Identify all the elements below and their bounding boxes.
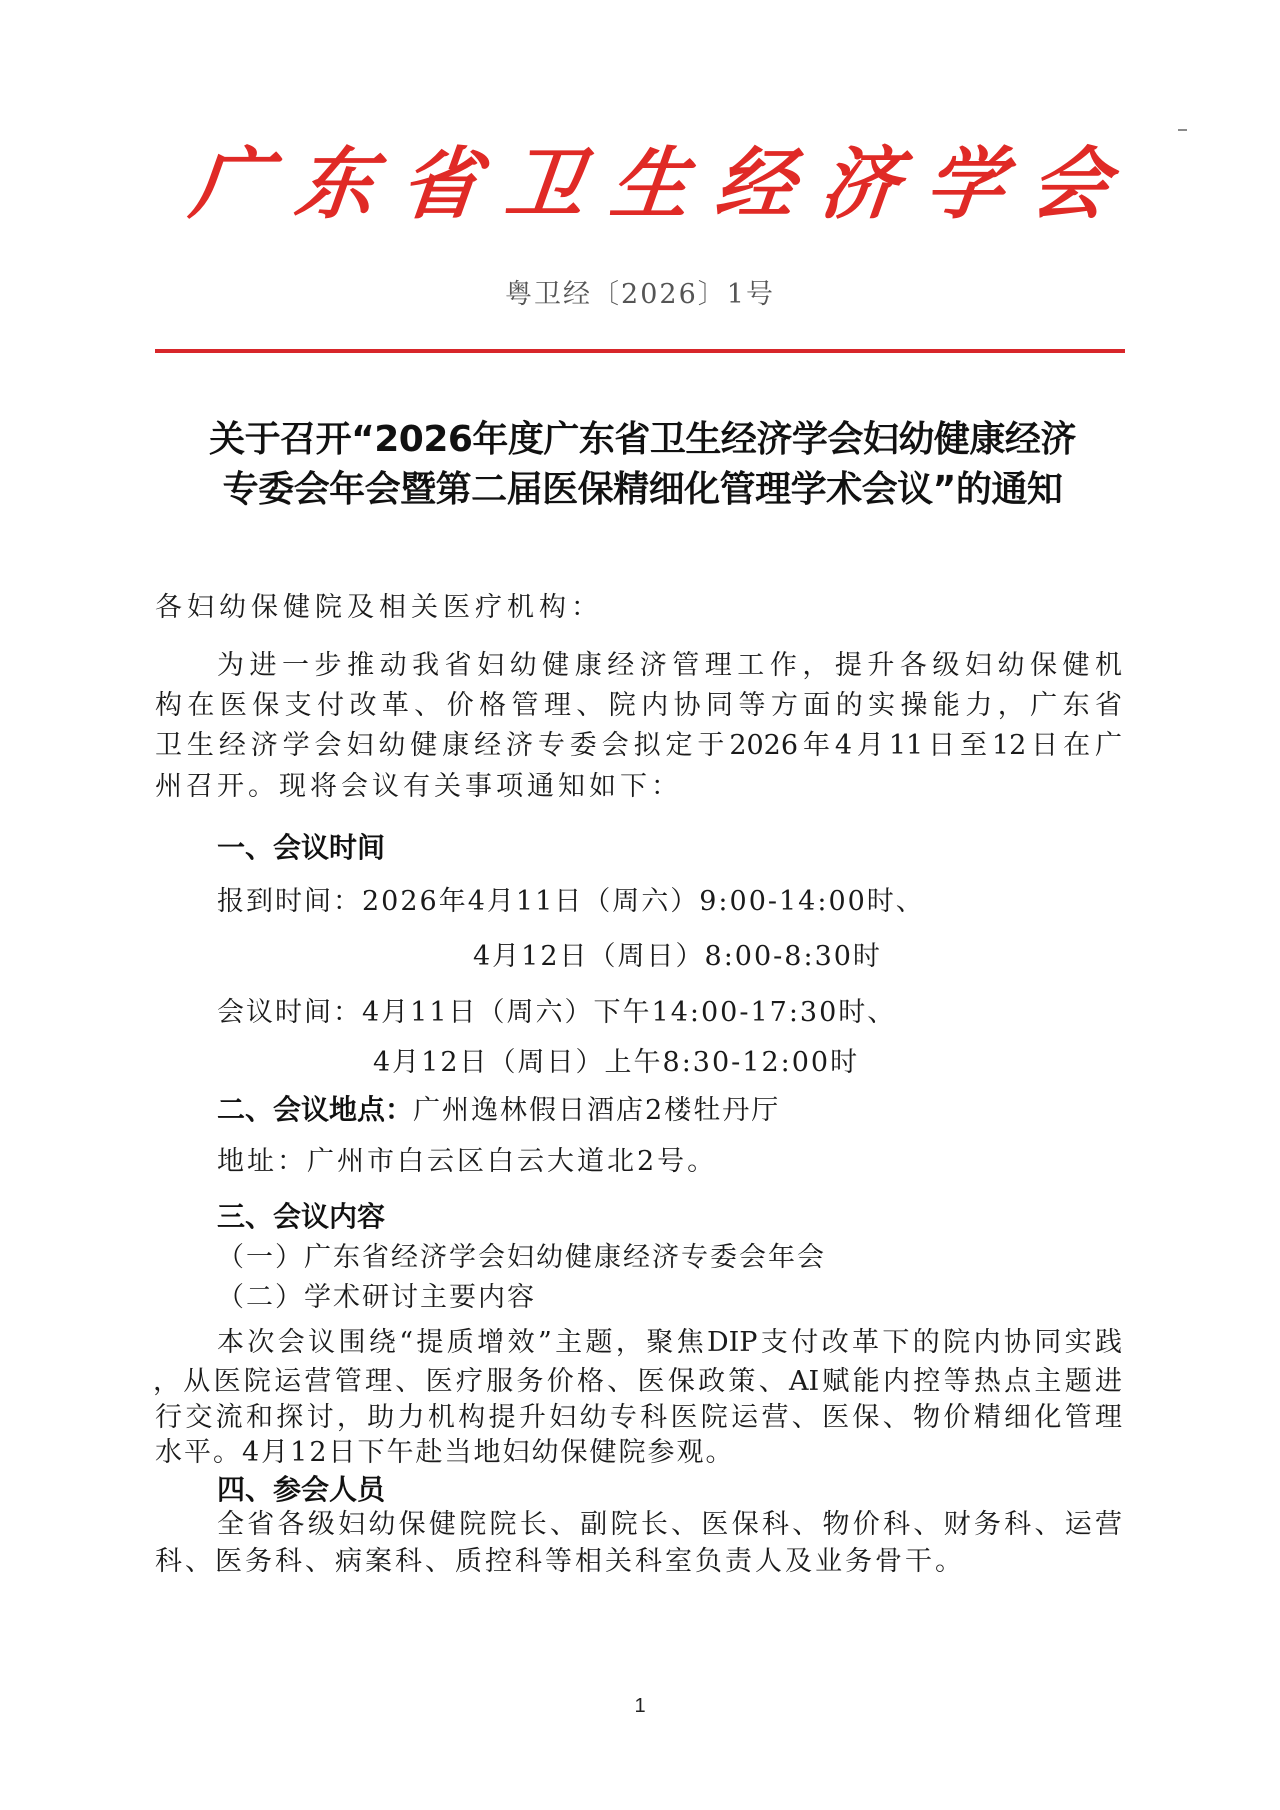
letterhead-char: 生 xyxy=(606,146,694,224)
content-line: 水平。4月12日下午赴当地妇幼保健院参观。 xyxy=(155,1435,735,1471)
intro-line: 构在医保支付改革、价格管理、院内协同等方面的实操能力，广东省 xyxy=(155,688,1122,724)
document-number: 粤卫经〔2026〕1号 xyxy=(0,272,1280,311)
letterhead-char: 东 xyxy=(291,146,379,224)
meeting-time-line-1: 会议时间：4月11日（周六）下午14:00-17:30时、 xyxy=(217,995,896,1031)
document-title-line-1: 关于召开“2026年度广东省卫生经济学会妇幼健康经济 xyxy=(170,415,1115,465)
registration-time-line-1: 报到时间：2026年4月11日（周六）9:00-14:00时、 xyxy=(217,884,925,920)
document-title-line-2: 专委会年会暨第二届医保精细化管理学术会议”的通知 xyxy=(170,465,1115,515)
letterhead-char: 省 xyxy=(396,146,484,224)
red-divider xyxy=(155,349,1125,353)
salutation: 各妇幼保健院及相关医疗机构： xyxy=(155,590,603,626)
letterhead-char: 会 xyxy=(1026,146,1114,224)
letterhead-char: 经 xyxy=(711,146,799,224)
content-line: ，从医院运营管理、医疗服务价格、医保政策、AI赋能内控等热点主题进 xyxy=(153,1364,1122,1400)
registration-value: 2026年4月11日（周六）9:00-14:00时、 xyxy=(362,886,925,917)
attendees-line: 全省各级妇幼保健院院长、副院长、医保科、物价科、财务科、运营 xyxy=(217,1507,1122,1543)
meeting-time-line-2: 4月12日（周日）上午8:30-12:00时 xyxy=(373,1045,859,1081)
intro-line: 卫生经济学会妇幼健康经济专委会拟定于2026年4月11日至12日在广 xyxy=(155,728,1122,764)
letterhead-char: 广 xyxy=(186,146,274,224)
section-heading-time: 一、会议时间 xyxy=(217,830,385,866)
venue-value: 广州逸林假日酒店2楼牡丹厅 xyxy=(413,1095,780,1126)
registration-time-line-2: 4月12日（周日）8:00-8:30时 xyxy=(473,939,882,975)
section-heading-venue: 二、会议地点： xyxy=(217,1093,413,1126)
letterhead-char: 学 xyxy=(921,146,1009,224)
registration-label: 报到时间： xyxy=(217,886,362,917)
intro-line: 为进一步推动我省妇幼健康经济管理工作，提升各级妇幼保健机 xyxy=(217,648,1122,684)
attendees-line: 科、医务科、病案科、质控科等相关科室负责人及业务骨干。 xyxy=(155,1544,965,1580)
venue-address: 地址：广州市白云区白云大道北2号。 xyxy=(217,1144,717,1180)
content-item-2: （二）学术研讨主要内容 xyxy=(217,1280,536,1316)
section-heading-attendees: 四、参会人员 xyxy=(217,1472,385,1508)
content-item-1: （一）广东省经济学会妇幼健康经济专委会年会 xyxy=(217,1240,826,1276)
organization-letterhead: 广 东 省 卫 生 经 济 学 会 xyxy=(190,130,1110,240)
page-number: 1 xyxy=(0,1695,1280,1718)
meeting-label: 会议时间： xyxy=(217,997,362,1028)
venue-line: 二、会议地点：广州逸林假日酒店2楼牡丹厅 xyxy=(217,1092,780,1129)
document-page: 广 东 省 卫 生 经 济 学 会 粤卫经〔2026〕1号 关于召开“2026年… xyxy=(0,0,1280,1810)
meeting-value: 4月11日（周六）下午14:00-17:30时、 xyxy=(362,997,896,1028)
section-heading-content: 三、会议内容 xyxy=(217,1199,385,1235)
scan-mark xyxy=(1178,129,1187,131)
intro-line: 州召开。现将会议有关事项通知如下： xyxy=(155,769,682,805)
letterhead-char: 卫 xyxy=(501,146,589,224)
content-line: 本次会议围绕“提质增效”主题，聚焦DIP支付改革下的院内协同实践 xyxy=(217,1325,1122,1361)
content-line: 行交流和探讨，助力机构提升妇幼专科医院运营、医保、物价精细化管理 xyxy=(155,1400,1122,1436)
letterhead-char: 济 xyxy=(816,146,904,224)
